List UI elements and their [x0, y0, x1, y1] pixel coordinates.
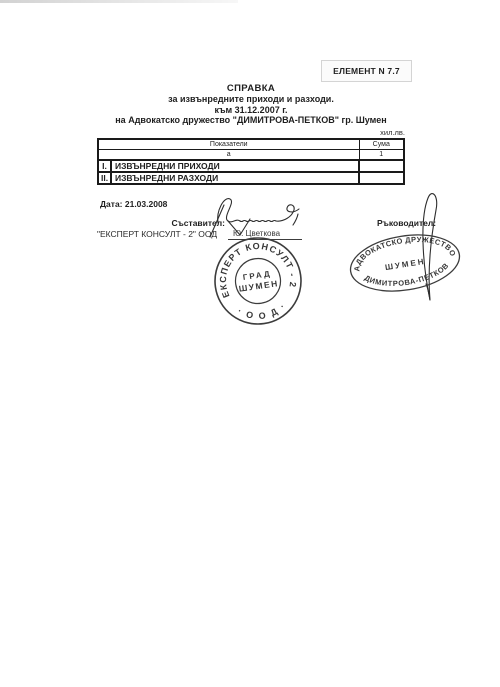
element-number-box: ЕЛЕМЕНТ N 7.7: [321, 60, 412, 82]
oval-stamp: АДВОКАТСКО ДРУЖЕСТВО ШУМЕН ДИМИТРОВА-ПЕТ…: [345, 230, 465, 296]
compiler-signature: [208, 193, 310, 239]
report-table: Показатели Сума а 1 I. ИЗВЪНРЕДНИ ПРИХОД…: [97, 138, 405, 185]
oval-stamp-center: ШУМЕН: [384, 257, 426, 272]
document-title: СПРАВКА: [97, 83, 405, 94]
document-subtitle-3: на Адвокатско дружество "ДИМИТРОВА-ПЕТКО…: [97, 115, 405, 126]
subheader-indicators-code: а: [98, 150, 359, 161]
row-number: I.: [98, 160, 111, 172]
row-label: ИЗВЪНРЕДНИ РАЗХОДИ: [111, 172, 359, 184]
row-number: II.: [98, 172, 111, 184]
date-label: Дата: 21.03.2008: [100, 199, 167, 209]
scan-edge-artifact: [0, 0, 238, 3]
table-row: II. ИЗВЪНРЕДНИ РАЗХОДИ: [98, 172, 404, 184]
round-stamp: ЕКСПЕРТ КОНСУЛТ - 2 · О О Д · ГРАД ШУМЕН: [211, 234, 305, 328]
row-amount: [359, 160, 404, 172]
table-row: I. ИЗВЪНРЕДНИ ПРИХОДИ: [98, 160, 404, 172]
document-page: ЕЛЕМЕНТ N 7.7 СПРАВКА за извънредните пр…: [0, 0, 500, 687]
compiler-company: "ЕКСПЕРТ КОНСУЛТ - 2" ООД: [97, 229, 217, 239]
table-subheader-row: а 1: [98, 150, 404, 161]
title-block: СПРАВКА за извънредните приходи и разход…: [97, 83, 405, 126]
compiler-label: Съставител:: [97, 218, 225, 228]
element-number-label: ЕЛЕМЕНТ N 7.7: [333, 66, 400, 76]
document-subtitle-2: към 31.12.2007 г.: [97, 105, 405, 116]
document-subtitle-1: за извънредните приходи и разходи.: [97, 94, 405, 105]
table-header-row: Показатели Сума: [98, 139, 404, 150]
header-amount: Сума: [359, 139, 404, 150]
row-amount: [359, 172, 404, 184]
units-label: хил.лв.: [300, 128, 405, 137]
row-label: ИЗВЪНРЕДНИ ПРИХОДИ: [111, 160, 359, 172]
header-indicators: Показатели: [98, 139, 359, 150]
subheader-amount-code: 1: [359, 150, 404, 161]
